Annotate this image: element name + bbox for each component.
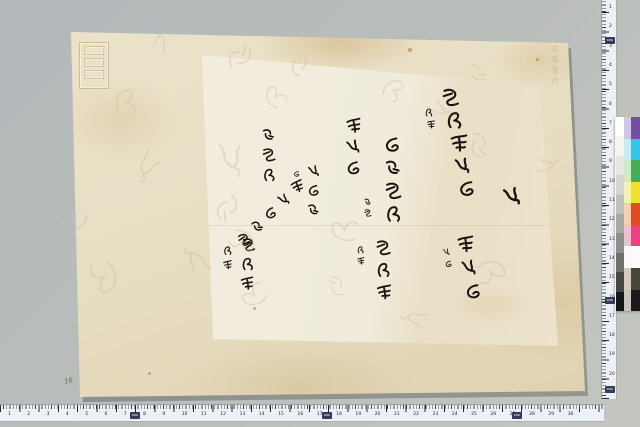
grayscale-patch — [616, 136, 624, 155]
color-patch-solid — [631, 268, 640, 290]
grayscale-patch — [616, 214, 624, 233]
ruler-number: 3 — [47, 413, 50, 418]
color-patch-solid — [631, 182, 640, 204]
color-patch-solid — [631, 246, 640, 268]
grayscale-patch — [616, 156, 624, 175]
horizontal-ruler: 1234567891011121314151617181920212223242… — [0, 404, 604, 422]
ruler-number: 5 — [609, 83, 612, 88]
ruler-number: 13 — [609, 238, 615, 243]
color-calibration-chart — [615, 117, 640, 311]
color-patch-solid — [631, 139, 640, 161]
ruler-number: 4 — [609, 64, 612, 69]
ruler-number: 1 — [609, 6, 612, 11]
ruler-number: 12 — [220, 413, 226, 418]
ruler-number: 2 — [609, 25, 612, 30]
ruler-brand-block: KOK — [605, 37, 615, 44]
ruler-number: 1 — [8, 413, 11, 418]
ruler-number: 9 — [609, 160, 612, 165]
ruler-number: 10 — [609, 180, 615, 185]
color-patch-solid — [631, 225, 640, 247]
grayscale-patch — [616, 175, 624, 194]
ruler-number: 18 — [609, 334, 615, 339]
color-patch-column — [624, 117, 640, 311]
ruler-number: 20 — [375, 413, 381, 418]
ruler-number: 7 — [609, 122, 612, 127]
ruler-number: 9 — [162, 413, 165, 418]
ruler-number: 17 — [609, 315, 615, 320]
color-patch-row — [624, 225, 640, 247]
ruler-brand-block: KOK — [605, 386, 615, 393]
ruler-number: 21 — [394, 413, 400, 418]
color-patch-row — [624, 290, 640, 312]
calligraphy-document-sheet — [200, 55, 560, 348]
color-patch-row — [624, 203, 640, 225]
ruler-number: 24 — [452, 413, 458, 418]
color-patch-tint — [624, 246, 631, 268]
grayscale-patch — [616, 233, 624, 252]
ruler-number: 30 — [568, 413, 574, 418]
ruler-number: 8 — [143, 413, 146, 418]
fox-spot — [536, 58, 539, 61]
fox-spot — [148, 372, 151, 375]
ruler-number: 11 — [609, 199, 615, 204]
photo-stage: 16 1234567891011121314151617181920212223… — [0, 0, 640, 427]
ruler-number: 14 — [259, 413, 265, 418]
grayscale-patch — [616, 253, 624, 272]
ruler-number: 8 — [609, 141, 612, 146]
ruler-number: 16 — [298, 413, 304, 418]
color-patch-row — [624, 139, 640, 161]
ruler-number: 29 — [548, 413, 554, 418]
embossed-collection-stamp — [79, 42, 109, 89]
ruler-number: 7 — [124, 413, 127, 418]
grayscale-patch — [616, 292, 624, 311]
ruler-number: 28 — [529, 413, 535, 418]
grayscale-patch — [616, 272, 624, 291]
ruler-number: 10 — [182, 413, 188, 418]
ruler-number: 15 — [278, 413, 284, 418]
color-patch-row — [624, 117, 640, 139]
color-patch-tint — [624, 182, 631, 204]
color-patch-tint — [624, 139, 631, 161]
ruler-number: 2 — [27, 413, 30, 418]
ruler-brand-block: KOK — [130, 412, 140, 419]
color-patch-solid — [631, 160, 640, 182]
color-patch-tint — [624, 160, 631, 182]
color-patch-row — [624, 268, 640, 290]
ruler-brand-block: KOK — [512, 412, 522, 419]
color-patch-tint — [624, 203, 631, 225]
ruler-number: 12 — [609, 218, 615, 223]
color-patch-solid — [631, 290, 640, 312]
grayscale-patch — [616, 117, 624, 136]
ruler-number: 11 — [201, 413, 207, 418]
color-patch-tint — [624, 225, 631, 247]
color-patch-solid — [631, 117, 640, 139]
color-patch-row — [624, 246, 640, 268]
ruler-number: 20 — [609, 373, 615, 378]
ruler-number: 26 — [491, 413, 497, 418]
ruler-number: 15 — [609, 276, 615, 281]
ruler-number: 23 — [433, 413, 439, 418]
color-patch-row — [624, 182, 640, 204]
ruler-number: 4 — [66, 413, 69, 418]
ruler-number: 19 — [355, 413, 361, 418]
ruler-number: 6 — [105, 413, 108, 418]
ruler-number: 25 — [471, 413, 477, 418]
grayscale-patch — [616, 195, 624, 214]
ruler-brand-block: KOK — [605, 297, 615, 304]
ruler-number: 18 — [336, 413, 342, 418]
grayscale-column — [616, 117, 624, 311]
color-patch-tint — [624, 268, 631, 290]
color-patch-tint — [624, 290, 631, 312]
ruler-number: 22 — [413, 413, 419, 418]
stamp-inner-band — [84, 58, 104, 67]
fox-spot — [253, 307, 256, 310]
color-patch-solid — [631, 203, 640, 225]
ruler-number: 13 — [240, 413, 246, 418]
ruler-brand-block: KOK — [322, 412, 332, 419]
stamp-inner-band — [84, 70, 104, 79]
ruler-number: 19 — [609, 353, 615, 358]
ruler-number: 6 — [609, 103, 612, 108]
fox-spot — [408, 48, 412, 52]
mount-pencil-number: 16 — [63, 376, 73, 386]
stamp-inner-band — [84, 46, 104, 55]
color-patch-row — [624, 160, 640, 182]
ruler-number: 3 — [609, 45, 612, 50]
ruler-number: 14 — [609, 257, 615, 262]
color-patch-tint — [624, 117, 631, 139]
ruler-number: 5 — [85, 413, 88, 418]
